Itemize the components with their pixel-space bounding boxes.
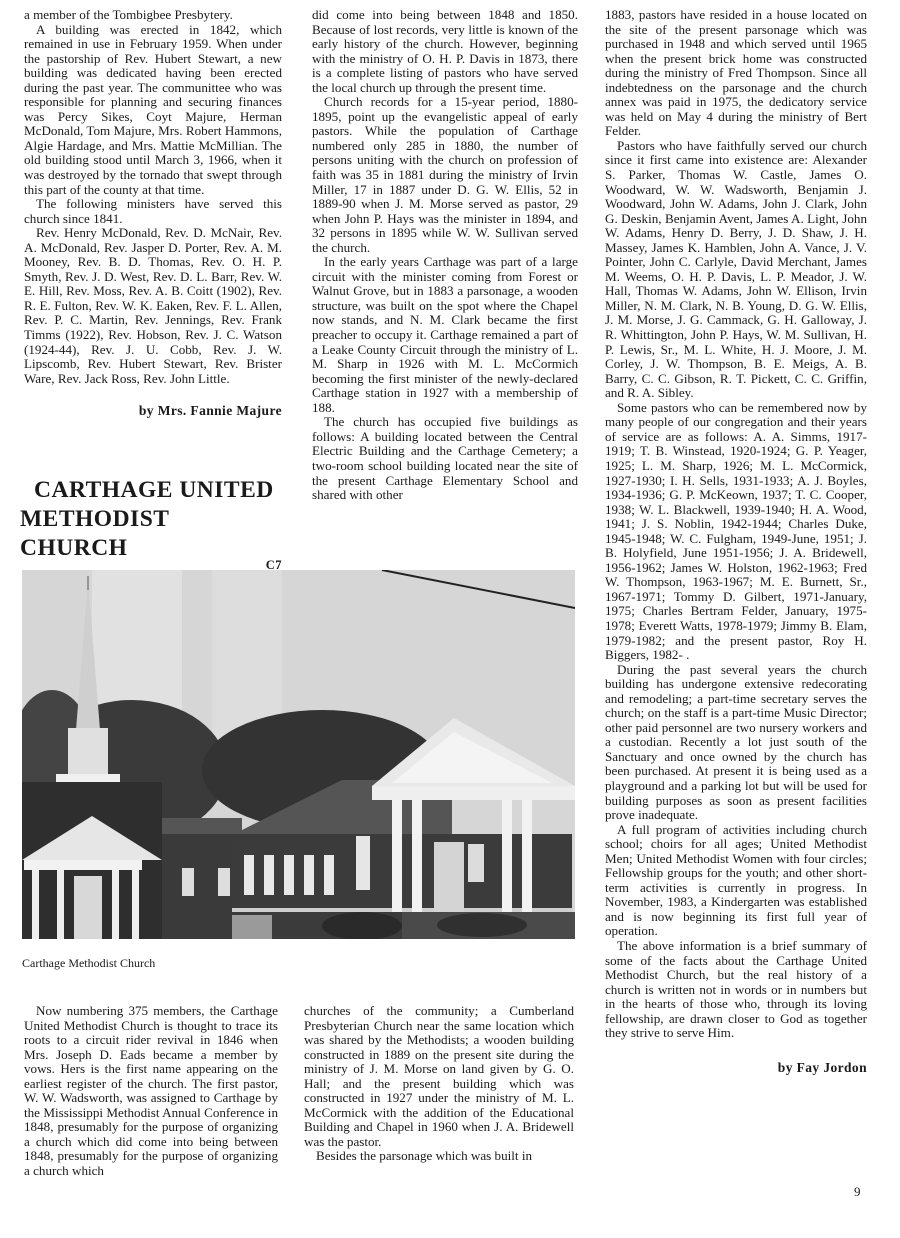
paragraph: The following ministers have served this…: [24, 197, 282, 226]
paragraph-minister-list: Rev. Henry McDonald, Rev. D. McNair, Rev…: [24, 226, 282, 386]
paragraph-pastor-list: Pastors who have faithfully served our c…: [605, 139, 867, 401]
paragraph: A full program of activities including c…: [605, 823, 867, 939]
paragraph-pastor-years: Some pastors who can be remembered now b…: [605, 401, 867, 663]
title-line-2: METHODIST CHURCH: [20, 505, 282, 563]
column-3-right: 1883, pastors have resided in a house lo…: [605, 8, 867, 1075]
paragraph: The above information is a brief summary…: [605, 939, 867, 1041]
byline-fannie-majure: by Mrs. Fannie Majure: [24, 404, 282, 419]
paragraph: Now numbering 375 members, the Carthage …: [24, 1004, 278, 1179]
paragraph: Besides the parsonage which was built in: [304, 1149, 574, 1164]
paragraph: In the early years Carthage was part of …: [312, 255, 578, 415]
article-title: CARTHAGE UNITED METHODIST CHURCH C7: [20, 476, 282, 571]
paragraph: churches of the community; a Cumberland …: [304, 1004, 574, 1149]
church-building-illustration: [22, 570, 575, 939]
column-4-bottom-left: Now numbering 375 members, the Carthage …: [24, 1004, 278, 1179]
church-photo: [22, 570, 575, 939]
paragraph: a member of the Tombigbee Presbytery.: [24, 8, 282, 23]
page-number: 9: [854, 1184, 861, 1200]
paragraph: A building was erected in 1842, which re…: [24, 23, 282, 198]
paragraph: 1883, pastors have resided in a house lo…: [605, 8, 867, 139]
byline-fay-jordon: by Fay Jordon: [605, 1061, 867, 1076]
paragraph: Church records for a 15-year period, 188…: [312, 95, 578, 255]
title-line-1: CARTHAGE UNITED: [20, 476, 282, 505]
paragraph: During the past several years the church…: [605, 663, 867, 823]
paragraph: did come into being between 1848 and 185…: [312, 8, 578, 95]
column-1-previous-article: a member of the Tombigbee Presbytery. A …: [24, 8, 282, 419]
column-5-bottom-middle: churches of the community; a Cumberland …: [304, 1004, 574, 1164]
paragraph: The church has occupied five buildings a…: [312, 415, 578, 502]
column-2-top: did come into being between 1848 and 185…: [312, 8, 578, 503]
photo-caption: Carthage Methodist Church: [22, 956, 155, 971]
